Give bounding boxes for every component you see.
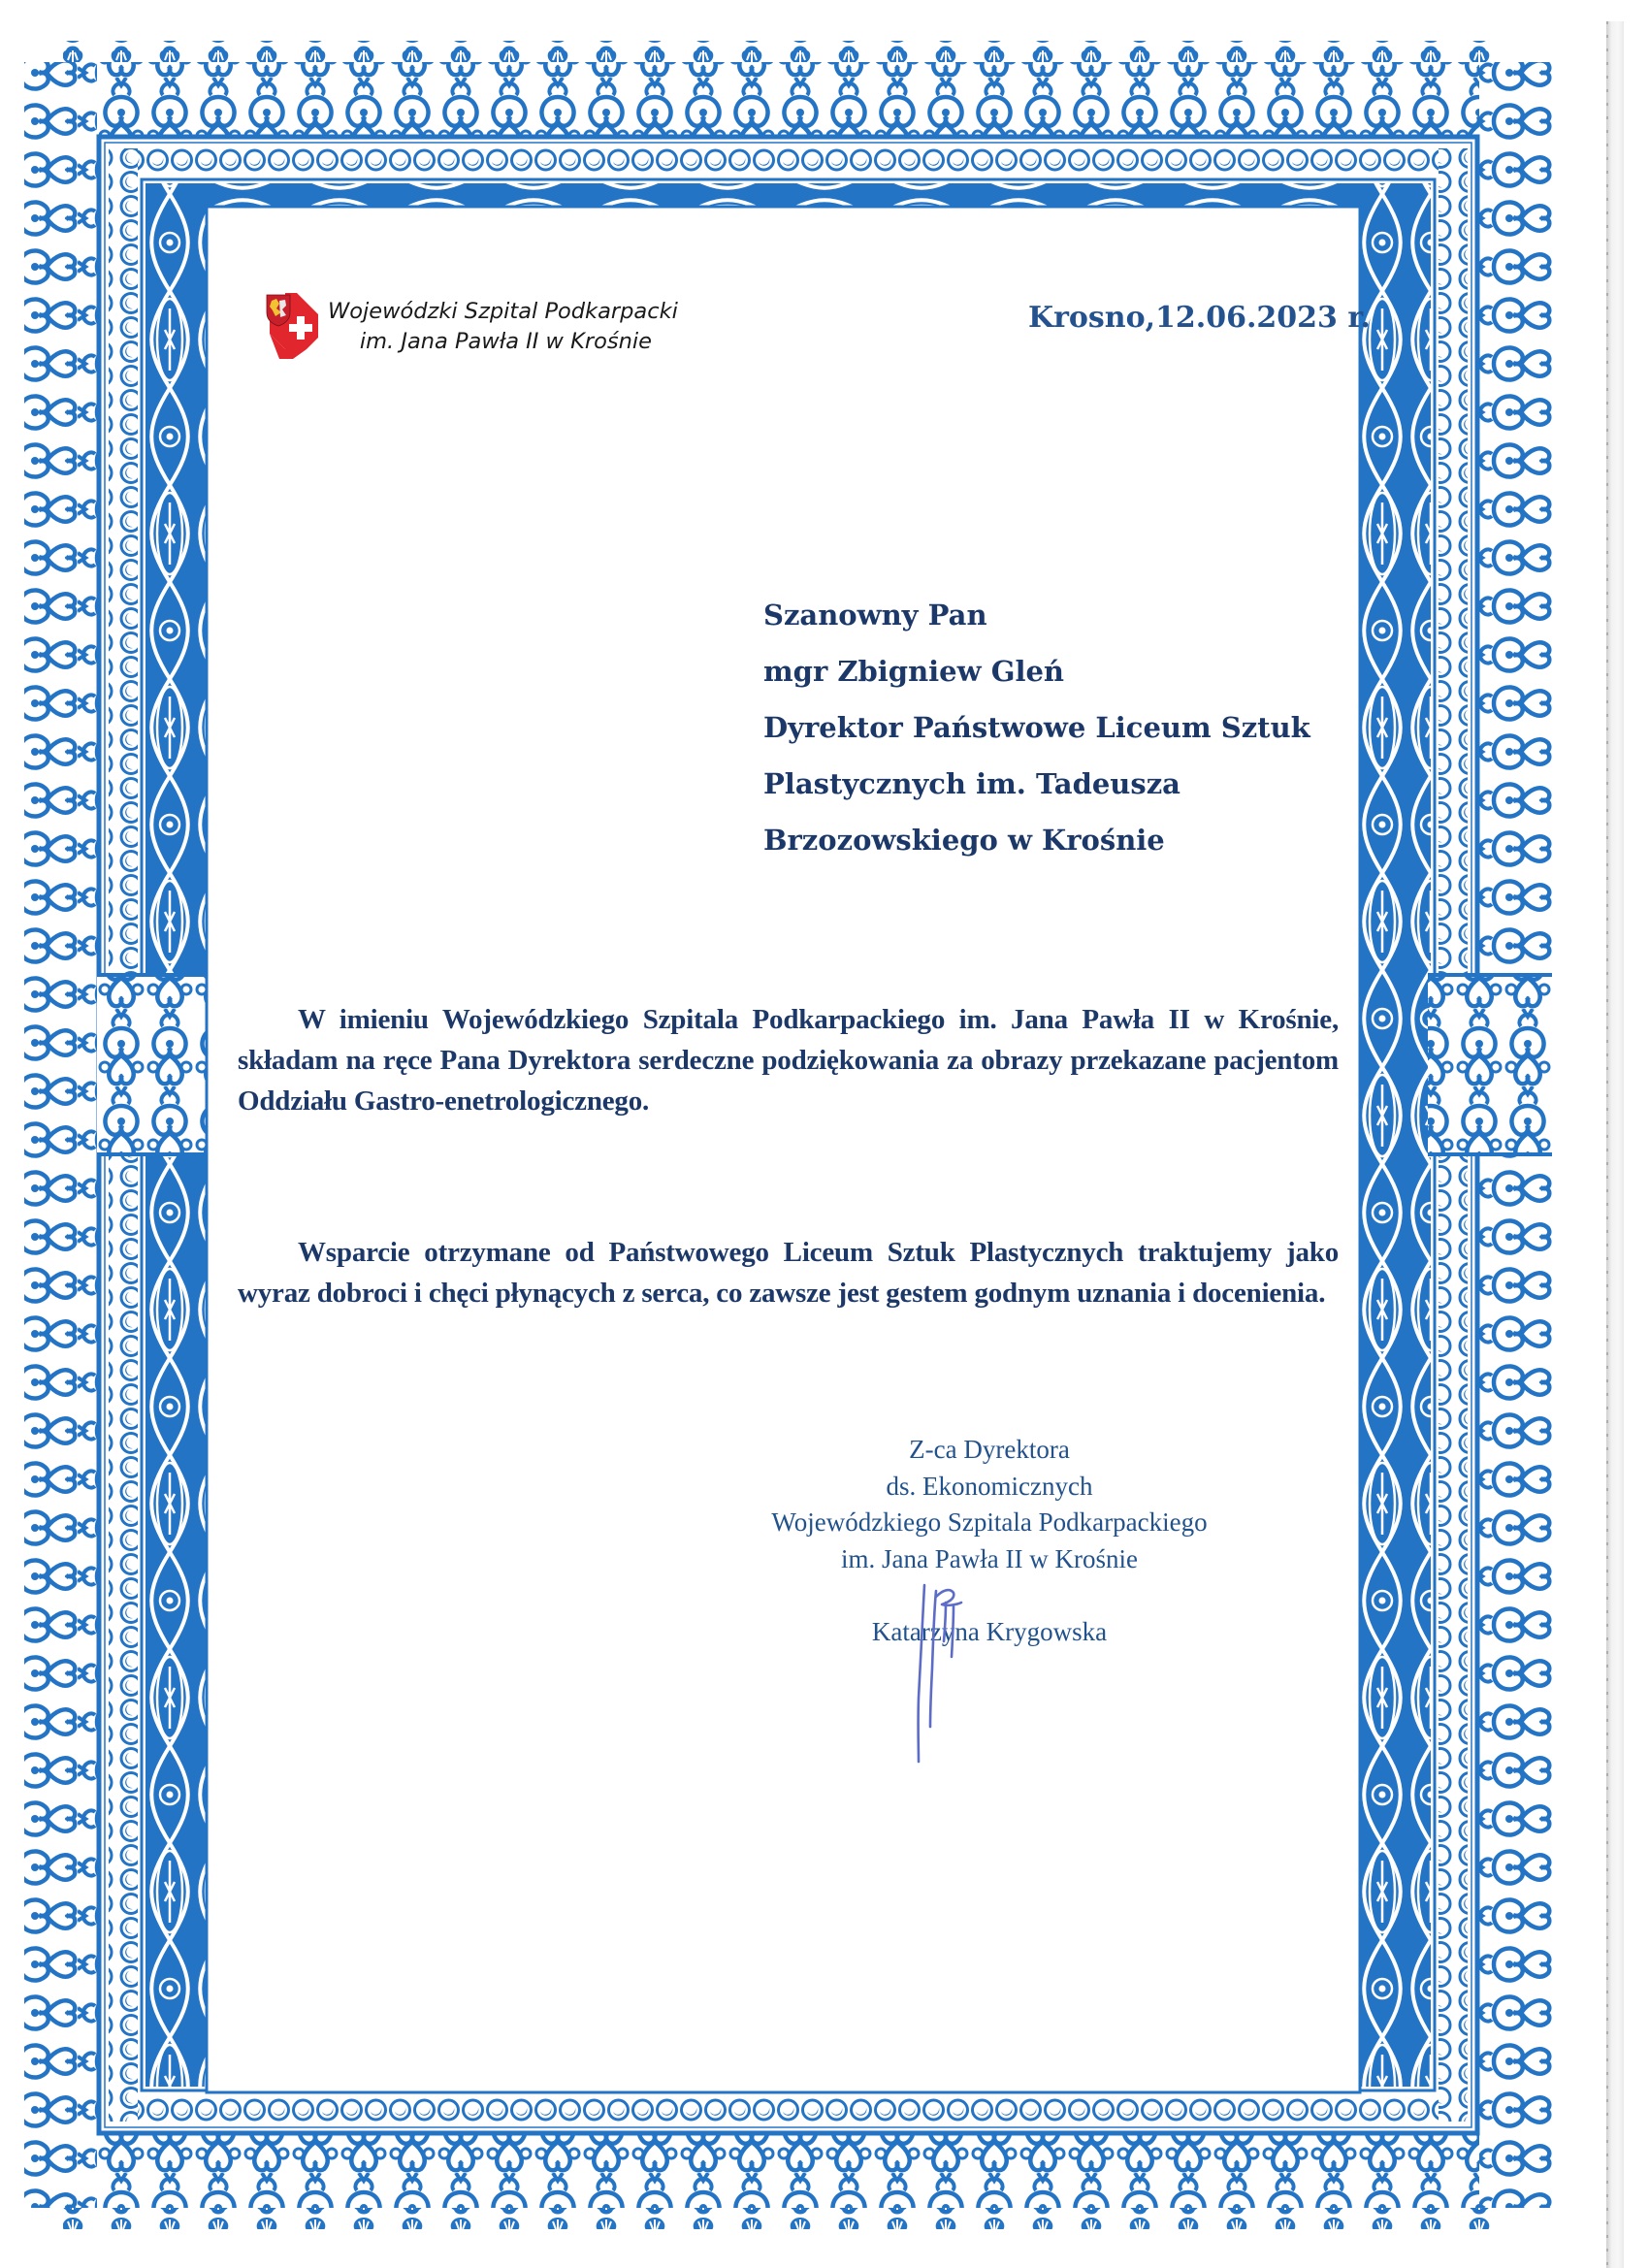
recipient-title-line2: Plastycznych im. Tadeusza — [763, 756, 1310, 812]
hospital-logo: Wojewódzki Szpital Podkarpacki im. Jana … — [264, 291, 691, 369]
recipient-name: mgr Zbigniew Gleń — [763, 643, 1310, 699]
recipient-title-line3: Brzozowskiego w Krośnie — [763, 812, 1310, 868]
recipient-address: Szanowny Pan mgr Zbigniew Gleń Dyrektor … — [763, 587, 1310, 868]
place-date: Krosno,12.06.2023 r. — [1028, 301, 1371, 335]
hospital-name-line2: im. Jana Pawła II w Krośnie — [328, 327, 678, 357]
signatory-role-line3: Wojewódzkiego Szpitala Podkarpackiego — [669, 1505, 1309, 1541]
signature-block: Z-ca Dyrektora ds. Ekonomicznych Wojewód… — [669, 1432, 1309, 1651]
signatory-name: Katarzyna Krygowska — [669, 1614, 1309, 1651]
body-paragraph-1: W imieniu Wojewódzkiego Szpitala Podkarp… — [238, 999, 1339, 1121]
signatory-role-line1: Z-ca Dyrektora — [669, 1432, 1309, 1469]
hospital-logo-icon — [264, 291, 332, 363]
body-paragraph-2: Wsparcie otrzymane od Państwowego Liceum… — [238, 1232, 1339, 1313]
recipient-title-line1: Dyrektor Państwowe Liceum Sztuk — [763, 699, 1310, 756]
hospital-name: Wojewódzki Szpital Podkarpacki im. Jana … — [328, 297, 678, 357]
signatory-role-line4: im. Jana Pawła II w Krośnie — [669, 1541, 1309, 1578]
hospital-name-line1: Wojewódzki Szpital Podkarpacki — [328, 297, 678, 327]
signatory-role-line2: ds. Ekonomicznych — [669, 1469, 1309, 1506]
recipient-salutation: Szanowny Pan — [763, 587, 1310, 643]
ornamental-border — [0, 0, 1649, 2268]
signature-scribble-icon — [907, 1581, 975, 1766]
